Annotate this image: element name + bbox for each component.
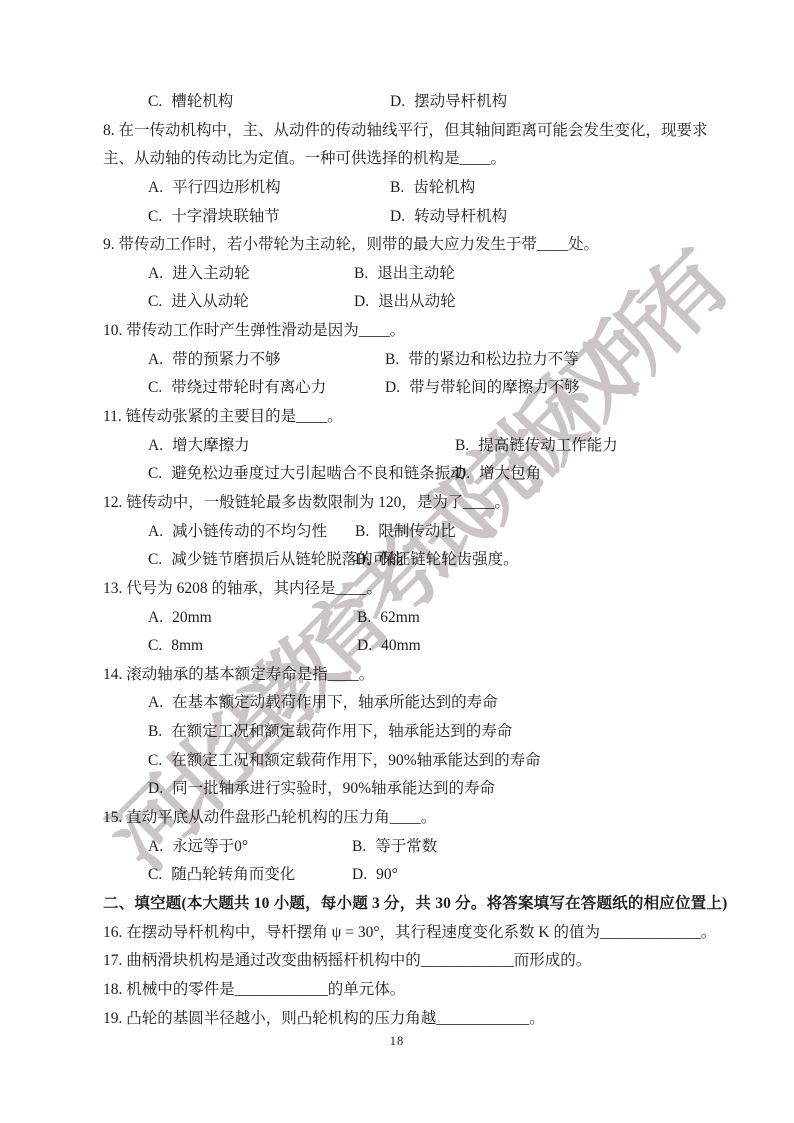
- option-label: D.: [385, 379, 400, 396]
- option-label: C.: [148, 465, 162, 482]
- option: A.带的预紧力不够: [148, 346, 281, 375]
- option-row: C.减少链节磨损后从链轮脱落的可能D.保证链轮轮齿强度。: [103, 546, 703, 575]
- option: B.齿轮机构: [390, 174, 475, 203]
- question-stem: 11. 链传动张紧的主要目的是____。: [103, 403, 703, 432]
- section-heading: 二、填空题(本大题共 10 小题，每小题 3 分，共 30 分。将答案填写在答题…: [103, 890, 703, 919]
- option-text: 永远等于0°: [172, 838, 248, 855]
- option-label: A.: [148, 523, 163, 540]
- option-row: D.同一批轴承进行实验时，90%轴承能达到的寿命: [103, 775, 703, 804]
- option: B.退出主动轮: [354, 260, 455, 289]
- option-text: 十字滑块联轴节: [171, 208, 280, 225]
- option: B.限制传动比: [355, 518, 456, 547]
- option-text: 带绕过带轮时有离心力: [171, 379, 326, 396]
- option: B.带的紧边和松边拉力不等: [385, 346, 579, 375]
- option: D.保证链轮轮齿强度。: [355, 546, 519, 575]
- option-label: C.: [148, 208, 162, 225]
- option-row: A.平行四边形机构B.齿轮机构: [103, 174, 703, 203]
- option-row: A.20mmB.62mm: [103, 604, 703, 633]
- option-row: A.永远等于0°B.等于常数: [103, 833, 703, 862]
- option-text: 进入主动轮: [172, 265, 250, 282]
- option: A.进入主动轮: [148, 260, 250, 289]
- option-text: 带的预紧力不够: [172, 351, 281, 368]
- option: C.带绕过带轮时有离心力: [148, 374, 326, 403]
- option-text: 带与带轮间的摩擦力不够: [409, 379, 580, 396]
- option-text: 62mm: [380, 609, 420, 626]
- option-text: 转动导杆机构: [414, 208, 507, 225]
- question-stem: 19. 凸轮的基圆半径越小，则凸轮机构的压力角越____________。: [103, 1005, 703, 1034]
- option-text: 等于常数: [375, 838, 437, 855]
- option: A.平行四边形机构: [148, 174, 281, 203]
- question-stem: 18. 机械中的零件是____________的单元体。: [103, 976, 703, 1005]
- page-number: 18: [0, 1034, 794, 1049]
- option: B.提高链传动工作能力: [455, 432, 618, 461]
- option: D.退出从动轮: [354, 288, 456, 317]
- option-label: A.: [148, 179, 163, 196]
- option-text: 退出从动轮: [378, 293, 456, 310]
- option-row: C.在额定工况和额定载荷作用下，90%轴承能达到的寿命: [103, 747, 703, 776]
- option-row: C.带绕过带轮时有离心力D.带与带轮间的摩擦力不够: [103, 374, 703, 403]
- option: A.20mm: [148, 604, 212, 633]
- question-stem: 17. 曲柄滑块机构是通过改变曲柄摇杆机构中的____________而形成的。: [103, 947, 703, 976]
- option-label: B.: [455, 437, 469, 454]
- option-text: 8mm: [171, 637, 203, 654]
- option-text: 带的紧边和松边拉力不等: [408, 351, 579, 368]
- question-stem: 10. 带传动工作时产生弹性滑动是因为____。: [103, 317, 703, 346]
- option: C.8mm: [148, 632, 203, 661]
- option-label: D.: [148, 780, 163, 797]
- option-label: A.: [148, 609, 163, 626]
- option-text: 齿轮机构: [413, 179, 475, 196]
- option-text: 保证链轮轮齿强度。: [379, 551, 519, 568]
- option-text: 提高链传动工作能力: [478, 437, 618, 454]
- option-label: D.: [390, 93, 405, 110]
- option: C.十字滑块联轴节: [148, 203, 280, 232]
- option-text: 限制传动比: [378, 523, 456, 540]
- exam-page: 河北省教育考试院版权所有 C.槽轮机构D.摆动导杆机构8. 在一传动机构中，主、…: [0, 0, 794, 1123]
- option-label: C.: [148, 93, 162, 110]
- option-label: D.: [390, 208, 405, 225]
- option-text: 槽轮机构: [171, 93, 233, 110]
- option: A.减小链传动的不均匀性: [148, 518, 327, 547]
- option-text: 避免松边垂度过大引起啮合不良和链条振动: [171, 465, 466, 482]
- option-text: 摆动导杆机构: [414, 93, 507, 110]
- option: D.40mm: [357, 632, 421, 661]
- option-text: 平行四边形机构: [172, 179, 281, 196]
- option-label: B.: [354, 265, 368, 282]
- question-stem: 14. 滚动轴承的基本额定寿命是指____。: [103, 661, 703, 690]
- option-label: B.: [148, 723, 162, 740]
- question-stem: 15. 直动平底从动件盘形凸轮机构的压力角____。: [103, 804, 703, 833]
- option-label: D.: [455, 465, 470, 482]
- option-label: C.: [148, 293, 162, 310]
- option-row: A.带的预紧力不够B.带的紧边和松边拉力不等: [103, 346, 703, 375]
- option-label: C.: [148, 551, 162, 568]
- option-label: A.: [148, 265, 163, 282]
- option-text: 在额定工况和额定载荷作用下，90%轴承能达到的寿命: [171, 752, 540, 769]
- option-text: 进入从动轮: [171, 293, 249, 310]
- option-label: D.: [354, 293, 369, 310]
- question-stem: 主、从动轴的传动比为定值。一种可供选择的机构是____。: [103, 145, 703, 174]
- option-label: B.: [355, 523, 369, 540]
- option: C.随凸轮转角而变化: [148, 861, 295, 890]
- option-row: A.进入主动轮B.退出主动轮: [103, 260, 703, 289]
- question-stem: 13. 代号为 6208 的轴承，其内径是____。: [103, 575, 703, 604]
- option-label: C.: [148, 866, 162, 883]
- option-text: 退出主动轮: [377, 265, 455, 282]
- option-text: 增大摩擦力: [172, 437, 250, 454]
- option-text: 减小链传动的不均匀性: [172, 523, 327, 540]
- option: B.等于常数: [352, 833, 437, 862]
- option-row: A.减小链传动的不均匀性B.限制传动比: [103, 518, 703, 547]
- option-label: C.: [148, 379, 162, 396]
- option-text: 在基本额定动载荷作用下，轴承所能达到的寿命: [172, 694, 498, 711]
- option: C.槽轮机构: [148, 88, 233, 117]
- option-label: C.: [148, 637, 162, 654]
- option-text: 随凸轮转角而变化: [171, 866, 295, 883]
- option-row: C.随凸轮转角而变化D.90°: [103, 861, 703, 890]
- option-label: B.: [352, 838, 366, 855]
- option-label: A.: [148, 838, 163, 855]
- option: D.转动导杆机构: [390, 203, 507, 232]
- option-label: A.: [148, 437, 163, 454]
- option-row: A.在基本额定动载荷作用下，轴承所能达到的寿命: [103, 689, 703, 718]
- option-label: D.: [357, 637, 372, 654]
- option: A.永远等于0°: [148, 833, 248, 862]
- option: D.带与带轮间的摩擦力不够: [385, 374, 580, 403]
- option: D.同一批轴承进行实验时，90%轴承能达到的寿命: [148, 775, 495, 804]
- option-label: D.: [355, 551, 370, 568]
- option-text: 90°: [376, 866, 398, 883]
- option: D.90°: [352, 861, 398, 890]
- option-text: 20mm: [172, 609, 212, 626]
- option-text: 40mm: [381, 637, 421, 654]
- question-stem: 8. 在一传动机构中，主、从动件的传动轴线平行，但其轴间距离可能会发生变化，现要…: [103, 117, 703, 146]
- option: C.避免松边垂度过大引起啮合不良和链条振动: [148, 460, 466, 489]
- option-label: B.: [385, 351, 399, 368]
- option-text: 在额定工况和额定载荷作用下，轴承能达到的寿命: [171, 723, 512, 740]
- option: D.摆动导杆机构: [390, 88, 507, 117]
- option-text: 同一批轴承进行实验时，90%轴承能达到的寿命: [172, 780, 495, 797]
- option: D.增大包角: [455, 460, 541, 489]
- option-row: C.槽轮机构D.摆动导杆机构: [103, 88, 703, 117]
- question-stem: 16. 在摆动导杆机构中，导杆摆角 ψ = 30°，其行程速度变化系数 K 的值…: [103, 919, 703, 948]
- option-text: 增大包角: [479, 465, 541, 482]
- option-row: A.增大摩擦力B.提高链传动工作能力: [103, 432, 703, 461]
- option: A.在基本额定动载荷作用下，轴承所能达到的寿命: [148, 689, 498, 718]
- option-label: C.: [148, 752, 162, 769]
- option: C.在额定工况和额定载荷作用下，90%轴承能达到的寿命: [148, 747, 541, 776]
- option-label: B.: [357, 609, 371, 626]
- question-list: C.槽轮机构D.摆动导杆机构8. 在一传动机构中，主、从动件的传动轴线平行，但其…: [103, 88, 703, 1033]
- option: C.进入从动轮: [148, 288, 249, 317]
- option-row: C.8mmD.40mm: [103, 632, 703, 661]
- option: B.62mm: [357, 604, 420, 633]
- question-stem: 12. 链传动中，一般链轮最多齿数限制为 120，是为了____。: [103, 489, 703, 518]
- option-row: C.十字滑块联轴节D.转动导杆机构: [103, 203, 703, 232]
- option-label: D.: [352, 866, 367, 883]
- option-label: A.: [148, 351, 163, 368]
- option-row: C.避免松边垂度过大引起啮合不良和链条振动D.增大包角: [103, 460, 703, 489]
- question-stem: 9. 带传动工作时，若小带轮为主动轮，则带的最大应力发生于带____处。: [103, 231, 703, 260]
- option-label: A.: [148, 694, 163, 711]
- option: A.增大摩擦力: [148, 432, 250, 461]
- option-row: B.在额定工况和额定载荷作用下，轴承能达到的寿命: [103, 718, 703, 747]
- option-label: B.: [390, 179, 404, 196]
- option: B.在额定工况和额定载荷作用下，轴承能达到的寿命: [148, 718, 512, 747]
- option-row: C.进入从动轮D.退出从动轮: [103, 288, 703, 317]
